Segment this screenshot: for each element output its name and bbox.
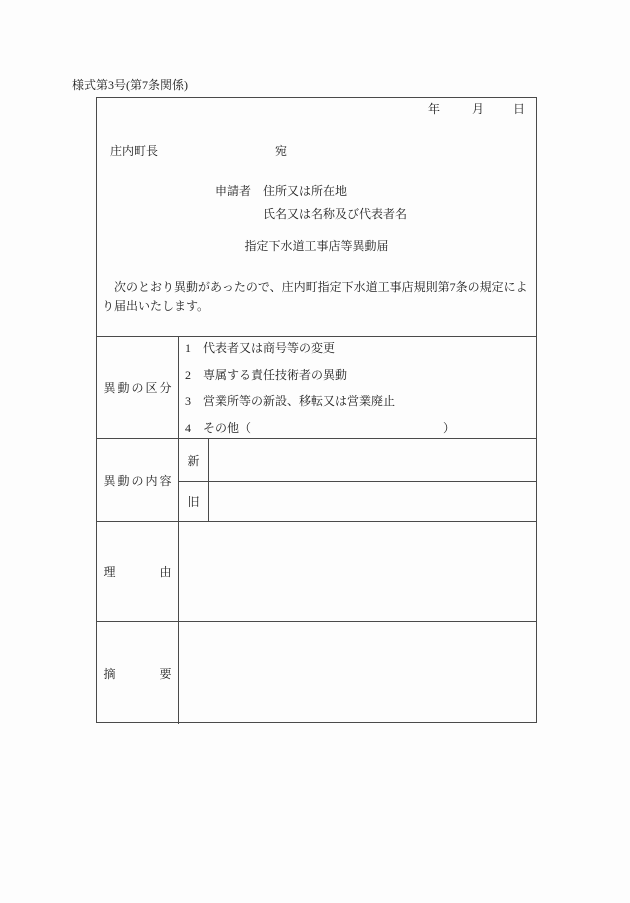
change-category-options: 1代表者又は商号等の変更 2専属する責任技術者の異動 3営業所等の新設、移転又は… bbox=[179, 337, 536, 438]
category-item-2: 2専属する責任技術者の異動 bbox=[185, 368, 530, 382]
category-item-3: 3営業所等の新設、移転又は営業廃止 bbox=[185, 394, 530, 408]
change-category-label-cell: 異動の区分 bbox=[97, 337, 179, 438]
category-item-4: 4その他（） bbox=[185, 421, 530, 435]
summary-label: 摘要 bbox=[104, 665, 172, 682]
reason-input-area bbox=[179, 522, 536, 621]
reason-row: 理由 bbox=[97, 521, 536, 621]
change-content-label-cell: 異動の内容 bbox=[97, 439, 179, 521]
applicant-address-line: 申請者 住所又は所在地 bbox=[215, 182, 347, 199]
old-label: 旧 bbox=[187, 493, 199, 510]
summary-input-area bbox=[179, 622, 536, 724]
item-number: 4 bbox=[185, 421, 203, 435]
form-number-label: 様式第3号(第7条関係) bbox=[72, 76, 188, 93]
change-table: 異動の区分 1代表者又は商号等の変更 2専属する責任技術者の異動 3営業所等の新… bbox=[97, 336, 536, 724]
document-page: 様式第3号(第7条関係) 年 月 日 庄内町長 宛 申請者 住所又は所在地 氏名… bbox=[0, 0, 630, 903]
mayor-label: 庄内町長 bbox=[110, 142, 158, 159]
item-text: 代表者又は商号等の変更 bbox=[203, 341, 335, 355]
reason-label: 理由 bbox=[104, 563, 172, 580]
item-text: 営業所等の新設、移転又は営業廃止 bbox=[203, 394, 395, 408]
summary-row: 摘要 bbox=[97, 621, 536, 724]
body-paragraph: 次のとおり異動があったので、庄内町指定下水道工事店規則第7条の規定により届出いた… bbox=[102, 278, 530, 316]
item-text: その他（ bbox=[203, 421, 251, 435]
day-label: 日 bbox=[513, 102, 525, 116]
year-label: 年 bbox=[428, 102, 440, 116]
paren-close: ） bbox=[443, 421, 455, 435]
form-border-box: 年 月 日 庄内町長 宛 申請者 住所又は所在地 氏名又は名称及び代表者名 指定… bbox=[96, 97, 537, 723]
old-subrow: 旧 bbox=[179, 481, 536, 521]
month-label: 月 bbox=[472, 102, 484, 116]
change-category-row: 異動の区分 1代表者又は商号等の変更 2専属する責任技術者の異動 3営業所等の新… bbox=[97, 336, 536, 438]
change-category-label: 異動の区分 bbox=[104, 379, 172, 396]
new-label-cell: 新 bbox=[179, 439, 209, 481]
item-text: 専属する責任技術者の異動 bbox=[203, 368, 347, 382]
category-item-1: 1代表者又は商号等の変更 bbox=[185, 341, 530, 355]
addressee-suffix: 宛 bbox=[275, 142, 287, 159]
change-content-row: 異動の内容 新 旧 bbox=[97, 438, 536, 521]
reason-label-cell: 理由 bbox=[97, 522, 179, 621]
addressee-line: 庄内町長 宛 bbox=[97, 142, 536, 158]
document-title: 指定下水道工事店等異動届 bbox=[97, 237, 536, 254]
item-number: 1 bbox=[185, 341, 203, 355]
summary-label-cell: 摘要 bbox=[97, 622, 179, 724]
item-number: 3 bbox=[185, 394, 203, 408]
old-input-area bbox=[209, 482, 536, 521]
item-number: 2 bbox=[185, 368, 203, 382]
old-label-cell: 旧 bbox=[179, 482, 209, 521]
new-subrow: 新 bbox=[179, 439, 536, 481]
date-line: 年 月 日 bbox=[428, 100, 525, 117]
applicant-name-line: 氏名又は名称及び代表者名 bbox=[263, 205, 407, 222]
new-input-area bbox=[209, 439, 536, 481]
new-label: 新 bbox=[187, 452, 199, 469]
change-content-label: 異動の内容 bbox=[104, 472, 172, 489]
change-content-subrows: 新 旧 bbox=[179, 439, 536, 521]
